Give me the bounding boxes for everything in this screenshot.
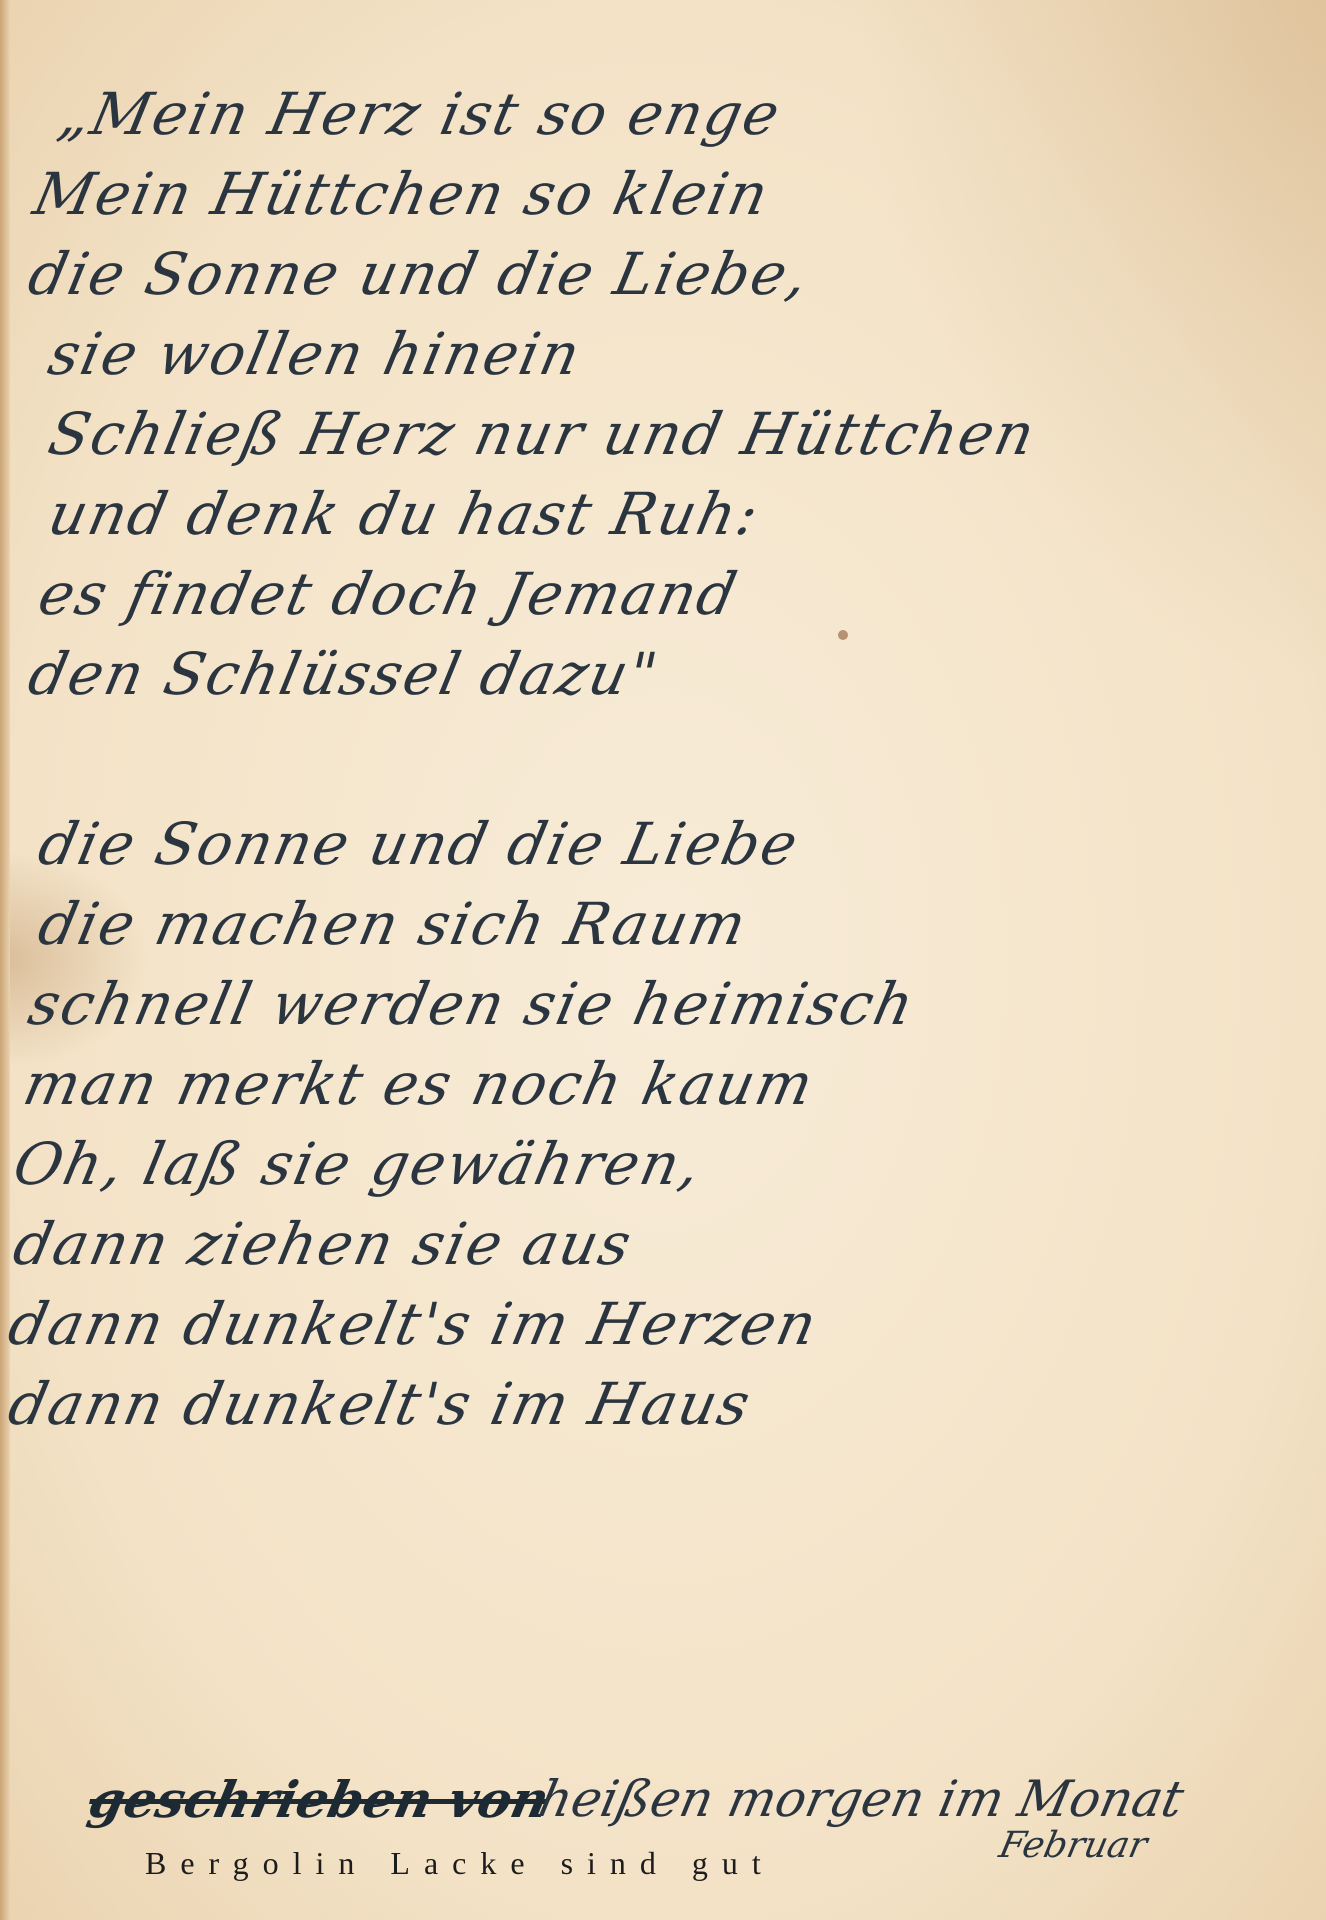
- poem-line: es findet doch Jemand: [33, 560, 745, 628]
- poem-line: Mein Hüttchen so klein: [28, 160, 776, 228]
- poem-line: dann dunkelt's im Herzen: [3, 1290, 824, 1358]
- handwritten-page: „Mein Herz ist so enge Mein Hüttchen so …: [0, 0, 1326, 1920]
- poem-line: man merkt es noch kaum: [18, 1050, 821, 1118]
- struck-text: geschrieben von: [84, 1770, 555, 1829]
- poem-line: die machen sich Raum: [33, 890, 754, 958]
- poem-line: und denk du hast Ruh:: [43, 480, 766, 548]
- poem-line: sie wollen hinein: [43, 320, 588, 388]
- poem-line: dann dunkelt's im Haus: [3, 1370, 758, 1438]
- month-note: Februar: [996, 1825, 1151, 1866]
- date-note: heißen morgen im Monat: [534, 1770, 1189, 1828]
- poem-line: „Mein Herz ist so enge: [53, 80, 788, 148]
- poem-line: schnell werden sie heimisch: [23, 970, 922, 1038]
- poem-line: die Sonne und die Liebe: [33, 810, 806, 878]
- printed-advertisement: Bergolin Lacke sind gut: [145, 1845, 775, 1882]
- poem-line: Oh, laß sie gewähren,: [8, 1130, 709, 1198]
- ink-stain: [838, 630, 848, 640]
- poem-line: dann ziehen sie aus: [8, 1210, 639, 1278]
- poem-line: Schließ Herz nur und Hüttchen: [43, 400, 1042, 468]
- poem-line: den Schlüssel dazu": [23, 640, 665, 708]
- page-edge: [0, 0, 10, 1920]
- poem-line: die Sonne und die Liebe,: [23, 240, 816, 308]
